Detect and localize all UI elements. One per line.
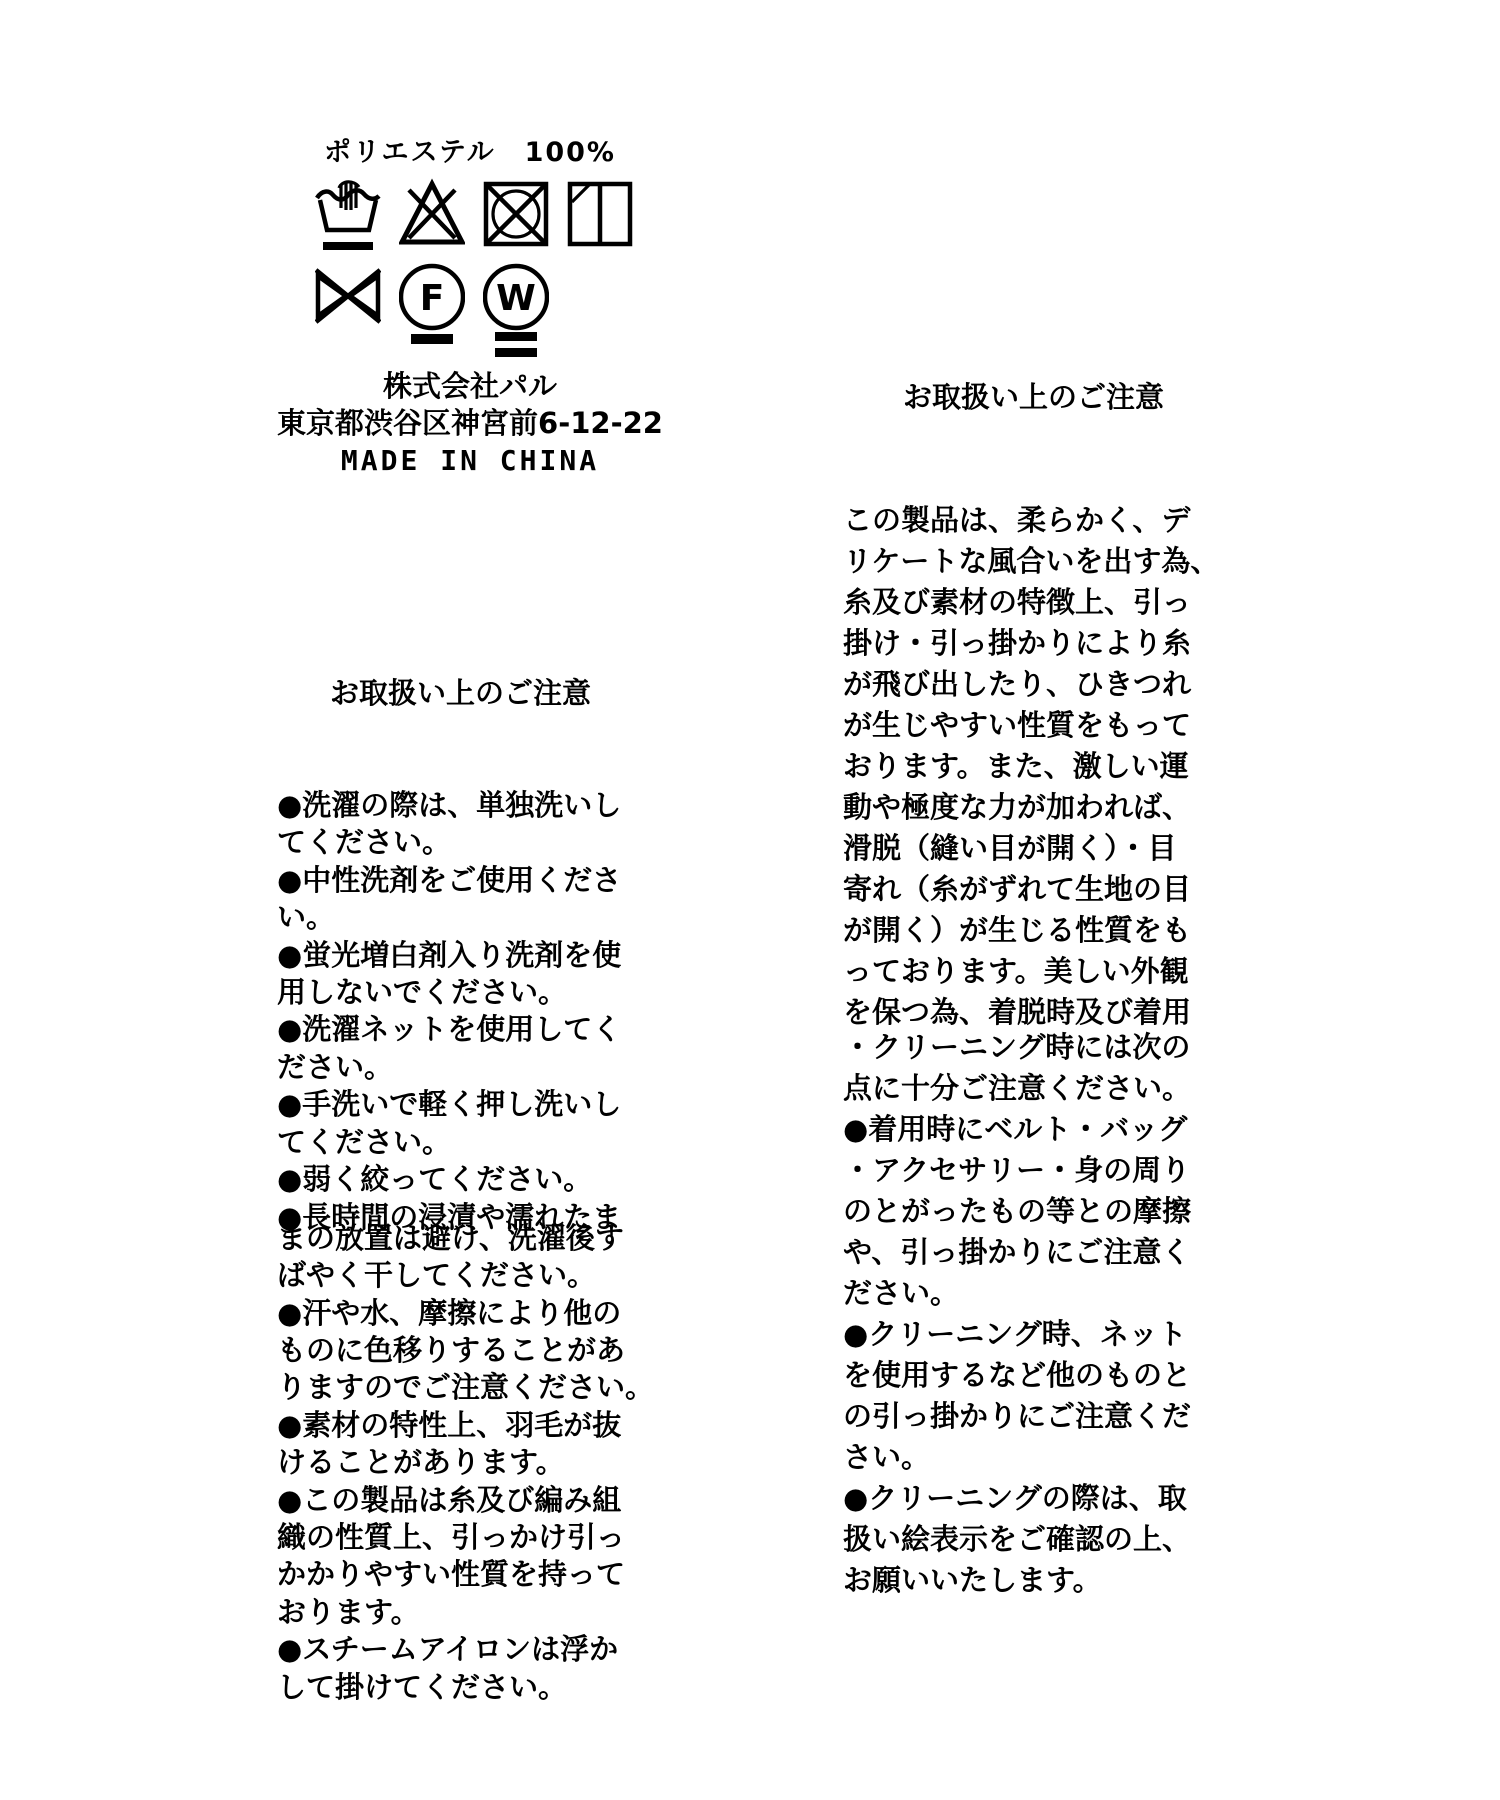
text-line: ばやく干してください。 <box>277 1257 697 1294</box>
care-symbols-row-2: F W <box>315 260 549 364</box>
fabric-composition-text: ポリエステル 100% <box>245 130 695 169</box>
text-line: ・クリーニング時には次の <box>843 1027 1263 1068</box>
country-of-origin: MADE IN CHINA <box>245 442 695 479</box>
text-line: が生じやすい性質をもって <box>843 705 1263 746</box>
text-line: この製品は、柔らかく、デ <box>843 500 1263 541</box>
text-line: おります。 <box>277 1594 697 1631</box>
text-line: ●素材の特性上、羽毛が抜 <box>277 1407 697 1444</box>
text-line: の引っ掛かりにご注意くだ <box>843 1396 1263 1437</box>
left-instructions-heading: お取扱い上のご注意 <box>277 675 697 712</box>
text-line: りますのでご注意ください。 <box>277 1369 697 1406</box>
text-line: 掛け・引っ掛かりにより糸 <box>843 623 1263 664</box>
text-line: ・アクセサリー・身の周り <box>843 1150 1263 1191</box>
text-line: 糸及び素材の特徴上、引っ <box>843 582 1263 623</box>
text-line: ●汗や水、摩擦により他の <box>277 1295 697 1332</box>
text-line: かかりやすい性質を持って <box>277 1556 697 1593</box>
text-line: ●手洗いで軽く押し洗いし <box>277 1086 697 1123</box>
text-line: ●クリーニングの際は、取 <box>843 1478 1263 1519</box>
text-line: ●スチームアイロンは浮か <box>277 1631 697 1668</box>
text-line: ださい。 <box>277 1049 697 1086</box>
right-instructions-lines-2: ・クリーニング時には次の点に十分ご注意ください。●着用時にベルト・バッグ・アクセ… <box>843 1027 1263 1601</box>
text-line: い。 <box>277 899 697 936</box>
text-line: てください。 <box>277 824 697 861</box>
company-address: 東京都渋谷区神宮前6-12-22 <box>245 405 695 442</box>
text-line: を使用するなど他のものと <box>843 1355 1263 1396</box>
text-line: ものに色移りすることがあ <box>277 1332 697 1369</box>
text-line: ●洗濯ネットを使用してく <box>277 1011 697 1048</box>
manufacturer-block: 株式会社パル 東京都渋谷区神宮前6-12-22 MADE IN CHINA <box>245 368 695 479</box>
text-line: リケートな風合いを出す為、 <box>843 541 1263 582</box>
left-instructions-lines-2: まの放置は避け、洗濯後すばやく干してください。●汗や水、摩擦により他のものに色移… <box>277 1220 697 1706</box>
hand-wash-icon <box>315 178 381 256</box>
text-line: ●中性洗剤をご使用くださ <box>277 862 697 899</box>
dry-clean-F-icon: F <box>399 260 465 364</box>
care-label-page: ポリエステル 100% <box>0 0 1500 1800</box>
text-line: が飛び出したり、ひきつれ <box>843 664 1263 705</box>
text-line: ださい。 <box>843 1273 1263 1314</box>
wet-clean-W-icon: W <box>483 260 549 364</box>
text-line: お願いいたします。 <box>843 1560 1263 1601</box>
do-not-tumble-dry-icon <box>483 178 549 256</box>
text-line: 扱い絵表示をご確認の上、 <box>843 1519 1263 1560</box>
right-instructions-block-2: ・クリーニング時には次の点に十分ご注意ください。●着用時にベルト・バッグ・アクセ… <box>843 945 1263 1683</box>
company-name: 株式会社パル <box>245 368 695 405</box>
text-line: ●着用時にベルト・バッグ <box>843 1109 1263 1150</box>
text-line: けることがあります。 <box>277 1444 697 1481</box>
text-line: 点に十分ご注意ください。 <box>843 1068 1263 1109</box>
right-instructions-heading: お取扱い上のご注意 <box>843 377 1263 418</box>
text-line: や、引っ掛かりにご注意く <box>843 1232 1263 1273</box>
do-not-bleach-icon <box>399 178 465 256</box>
text-line: 織の性質上、引っかけ引っ <box>277 1519 697 1556</box>
text-line: 用しないでください。 <box>277 974 697 1011</box>
text-line: 寄れ（糸がずれて生地の目 <box>843 869 1263 910</box>
line-dry-in-shade-icon <box>567 178 633 256</box>
text-line: さい。 <box>843 1437 1263 1478</box>
text-line: 滑脱（縫い目が開く）・目 <box>843 828 1263 869</box>
text-line: ●クリーニング時、ネット <box>843 1314 1263 1355</box>
text-line: おります。また、激しい運 <box>843 746 1263 787</box>
left-instructions-block-2: まの放置は避け、洗濯後すばやく干してください。●汗や水、摩擦により他のものに色移… <box>277 1145 697 1781</box>
care-symbols-row-1 <box>315 178 633 256</box>
do-not-wring-icon <box>315 260 381 364</box>
svg-text:F: F <box>420 278 445 319</box>
text-line: 動や極度な力が加われば、 <box>843 787 1263 828</box>
text-line: ●この製品は糸及び編み組 <box>277 1482 697 1519</box>
text-line: して掛けてください。 <box>277 1669 697 1706</box>
text-line: ●蛍光増白剤入り洗剤を使 <box>277 937 697 974</box>
text-line: のとがったもの等との摩擦 <box>843 1191 1263 1232</box>
composition-block: ポリエステル 100% <box>245 130 695 169</box>
svg-text:W: W <box>496 278 536 319</box>
text-line: ●洗濯の際は、単独洗いし <box>277 787 697 824</box>
text-line: まの放置は避け、洗濯後す <box>277 1220 697 1257</box>
